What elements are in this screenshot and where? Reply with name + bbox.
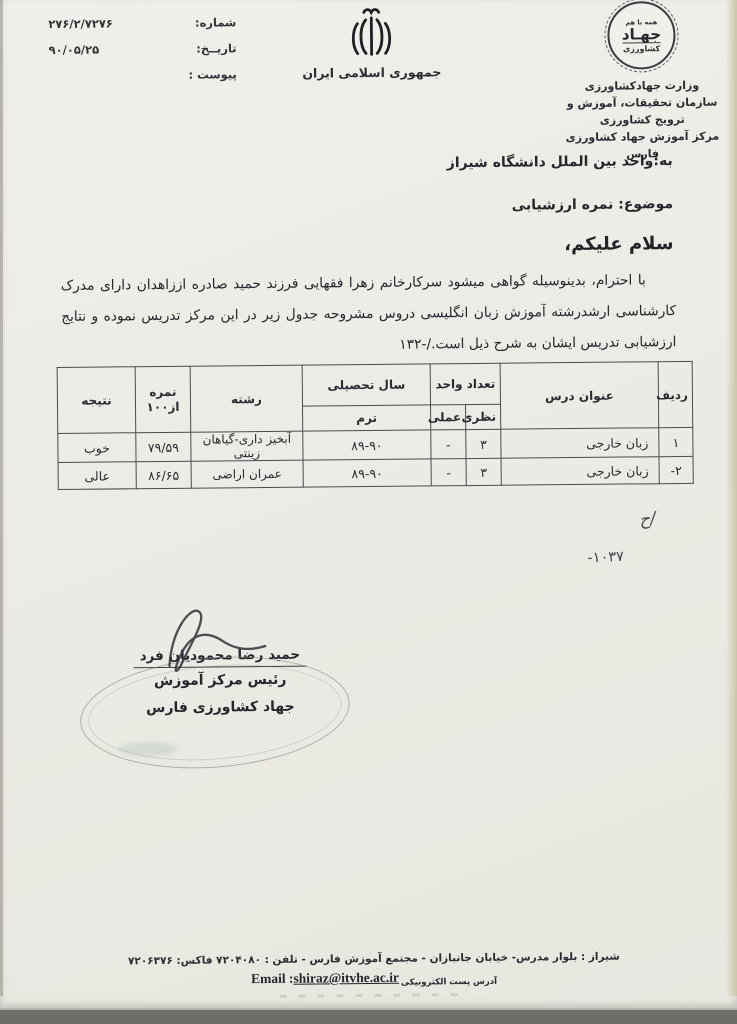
- scanner-background-band: [0, 1008, 737, 1024]
- cell-term: ۸۹-۹۰: [303, 430, 431, 460]
- score-head-line2: از۱۰۰: [140, 399, 186, 414]
- table-row: ۲- زبان خارجی ۳ - ۸۹-۹۰ عمران اراضی ۸۶/۶…: [58, 456, 693, 489]
- cell-field: آبخیز داری-گیاهان زینتی: [191, 431, 303, 461]
- col-header-score: نمره از۱۰۰: [135, 366, 191, 433]
- date-label: تاریــخ:: [196, 41, 236, 55]
- number-label: شماره:: [195, 15, 236, 29]
- attachment-label: پیوست :: [188, 67, 236, 81]
- col-header-field: رشته: [190, 365, 303, 432]
- subject-line: موضوع: نمره ارزشیابی: [447, 196, 673, 214]
- cell-result: عالی: [58, 462, 136, 490]
- letterhead-fields: شماره: ۲۷۶/۲/۷۲۷۶ تاریــخ: ۹۰/۰۵/۲۵ پیوس…: [48, 15, 237, 95]
- logo-name-bottom: کشاورزی: [623, 42, 660, 53]
- email-persian-label: آدرس پست الکترونیکی: [401, 977, 497, 988]
- handwritten-initial-mark: /ح: [638, 508, 657, 530]
- attachment-row: پیوست :: [49, 67, 237, 83]
- cell-theory: ۳: [466, 458, 501, 485]
- scan-edge-left: [0, 0, 3, 996]
- to-line: به:واحد بین الملل دانشگاه شیراز: [447, 153, 673, 171]
- cell-course: زبان خارجی: [501, 428, 659, 459]
- cell-course: زبان خارجی: [501, 457, 659, 486]
- org-line-ministry: وزارت جهادکشاورزی: [554, 77, 730, 96]
- cell-practical: -: [431, 430, 466, 459]
- date-row: تاریــخ: ۹۰/۰۵/۲۵: [49, 41, 237, 57]
- country-title: جمهوری اسلامی ایران: [292, 64, 452, 81]
- number-value: ۲۷۶/۲/۷۲۷۶: [48, 16, 113, 31]
- greeting: سلام علیکم،: [564, 233, 673, 255]
- number-row: شماره: ۲۷۶/۲/۷۲۷۶: [48, 15, 236, 31]
- logo-name-top: جهـاد: [622, 26, 661, 42]
- cell-radif: ۱: [659, 427, 693, 456]
- grades-table-wrapper: ردیف عنوان درس تعداد واحد سال تحصیلی رشت…: [57, 361, 690, 490]
- iran-emblem-icon: [346, 45, 398, 64]
- letter-paper: شماره: ۲۷۶/۲/۷۲۷۶ تاریــخ: ۹۰/۰۵/۲۵ پیوس…: [0, 0, 737, 1010]
- col-header-year: سال تحصیلی: [302, 364, 430, 406]
- col-header-units: تعداد واحد: [430, 363, 500, 405]
- bleed-through-smudge: [279, 993, 469, 998]
- scan-edge-right: [726, 0, 737, 996]
- col-header-course: عنوان درس: [500, 362, 659, 430]
- cell-score: ۷۹/۵۹: [136, 432, 191, 462]
- cell-result: خوب: [58, 433, 136, 463]
- cell-term: ۸۹-۹۰: [303, 459, 431, 487]
- logo-motto: همه با هم: [625, 18, 657, 26]
- col-header-theory: نظری: [466, 404, 501, 429]
- footer-email-line: Email :shiraz@itvhe.ac.irآدرس پست الکترو…: [5, 966, 737, 991]
- cell-theory: ۳: [466, 429, 501, 458]
- body-line-3: ارزشیابی تدریس ایشان به شرح ذیل است./-۱۳…: [61, 327, 676, 364]
- col-header-practical: عملی: [431, 405, 466, 430]
- recipient-block: به:واحد بین الملل دانشگاه شیراز موضوع: ن…: [447, 153, 674, 214]
- col-header-radif: ردیف: [658, 361, 693, 427]
- signature-block: حمید رضا محمودیان فرد رئیس مرکز آموزش جه…: [97, 612, 343, 722]
- cell-radif: ۲-: [659, 456, 693, 483]
- body-paragraph: با احترام، بدینوسیله گواهی میشود سرکارخا…: [61, 265, 677, 364]
- ministry-logo-block: همه با هم جهـاد کشاورزی وزارت جهادکشاورز…: [553, 1, 731, 164]
- scanned-letter-page: { "letterhead": { "fields": { "number_la…: [0, 0, 737, 1024]
- national-emblem-block: جمهوری اسلامی ایران: [291, 3, 452, 81]
- handwritten-number-mark: -۱۰۳۷: [587, 549, 624, 567]
- cell-score: ۸۶/۶۵: [136, 461, 191, 489]
- org-lines: وزارت جهادکشاورزی سازمان تحقیقات، آموزش …: [554, 77, 731, 164]
- col-header-result: نتیجه: [57, 367, 136, 434]
- grades-table: ردیف عنوان درس تعداد واحد سال تحصیلی رشت…: [57, 361, 694, 490]
- col-header-term: ترم: [303, 405, 431, 431]
- score-head-line1: نمره: [140, 384, 186, 399]
- footer: شیراز : بلوار مدرس- خیابان جانبازان - مج…: [5, 949, 737, 1000]
- cell-practical: -: [431, 459, 466, 486]
- org-line-organization: سازمان تحقیقات، آموزش و ترویج کشاورزی: [554, 94, 730, 130]
- cell-field: عمران اراضی: [191, 460, 303, 488]
- jihad-agriculture-logo-icon: همه با هم جهـاد کشاورزی: [607, 1, 676, 70]
- email-address: shiraz@itvhe.ac.ir: [293, 970, 399, 986]
- email-prefix: Email :: [251, 971, 294, 986]
- scan-tilt-wrapper: شماره: ۲۷۶/۲/۷۲۷۶ تاریــخ: ۹۰/۰۵/۲۵ پیوس…: [0, 0, 737, 1014]
- date-value: ۹۰/۰۵/۲۵: [49, 43, 100, 57]
- footer-address: شیراز : بلوار مدرس- خیابان جانبازان - مج…: [5, 949, 737, 968]
